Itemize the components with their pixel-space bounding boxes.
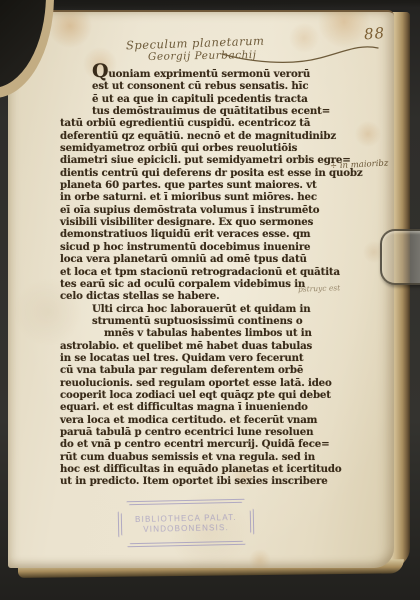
manuscript-text-line: rūt cum duabus semissis et vna regula. s…	[60, 451, 364, 463]
manuscript-text-line: tus demōstrauimus de quātitatibus ecent=	[60, 105, 364, 117]
manuscript-text-line: Quoniam exprimentū sermonū verorū	[60, 66, 364, 80]
manuscript-text-line: ut in predicto. Item oportet ibi sexies …	[60, 475, 364, 487]
manuscript-text-block: Quoniam exprimentū sermonū verorūest ut …	[60, 66, 364, 488]
manuscript-text-line: dientis centrū qui deferens dr posita es…	[60, 167, 364, 179]
stamp-inner-frame: BIBLIOTHECA PALAT. VINDOBONENSIS.	[121, 502, 252, 545]
manuscript-text-line: astrolabio. et quelibet mē habet duas ta…	[60, 340, 364, 352]
manuscript-text-line: semidyametroz orbiū qui orbes reuolutiōi…	[60, 142, 364, 154]
marginal-note-faint: pstruyc est	[298, 283, 340, 293]
manuscript-text-line: equari. et est difficultas magna ī inuen…	[60, 401, 364, 413]
manuscript-text-line: planeta 60 partes. que partes sunt maior…	[60, 179, 364, 191]
manuscript-text-line: in se locatas uel tres. Quidam vero fece…	[60, 352, 364, 364]
marginal-note-maioribus: ÷ in maioribz	[330, 158, 389, 171]
manuscript-text-line: loca vera planetarū omniū ad omē tpus da…	[60, 253, 364, 265]
manuscript-text-line: deferentiū qz equātiū. necnō et de magni…	[60, 130, 364, 142]
manuscript-text-line: est ut consonent cū rebus sensatis. hīc	[60, 80, 364, 92]
library-stamp: BIBLIOTHECA PALAT. VINDOBONENSIS.	[118, 499, 255, 548]
manuscript-photo: 88 Speculum planetarum Georgij Peurbachi…	[0, 0, 420, 600]
ink-flourish-icon	[220, 32, 382, 66]
manuscript-text-line: tatū orbiū egredientiū cuspidū. ecentric…	[60, 117, 364, 129]
manuscript-text-line: reuolucionis. sed regulam oportet esse l…	[60, 377, 364, 389]
manuscript-text-line: sicud p hoc instrumentū docebimus inueni…	[60, 241, 364, 253]
manuscript-text-line: et loca et tpm stacionū retrogradacionū …	[60, 266, 364, 278]
manuscript-text-line: strumentū suptuosissimū continens o	[60, 315, 364, 327]
manuscript-text-line: eī oīa supius demōstrata volumus ī instr…	[60, 204, 364, 216]
manuscript-text-line: demonstratiuos liquidū erit veraces esse…	[60, 228, 364, 240]
manuscript-text-line: visibili visibiliter designare. Ex quo s…	[60, 216, 364, 228]
manuscript-text-line: ē ut ea que in capituli pcedentis tracta	[60, 93, 364, 105]
manuscript-page: 88 Speculum planetarum Georgij Peurbachi…	[8, 10, 394, 568]
manuscript-text-line: Ulti circa hoc laborauerūt et quidam in	[60, 303, 364, 315]
manuscript-text-line: diametri siue epicicli. put semidyametri…	[60, 154, 364, 166]
manuscript-text-line: cooperit loca zodiaci uel eqt quāqz pte …	[60, 389, 364, 401]
stamp-line-2: VINDOBONENSIS.	[143, 523, 229, 534]
manuscript-text-line: vera loca et modica certitudo. et fecerū…	[60, 414, 364, 426]
manuscript-text-line: do et vnā p centro ecentri mercurij. Qui…	[60, 438, 364, 450]
manuscript-text-line: paruā tabulā p centro ecentrici lune res…	[60, 426, 364, 438]
manuscript-text-line: hoc est difficultas in equādo planetas e…	[60, 463, 364, 475]
manuscript-text-line: cū vna tabula par regulam deferentem orb…	[60, 364, 364, 376]
manuscript-text-line: mnēs v tabulas habentes limbos ut in	[60, 327, 364, 339]
page-holder-clip	[380, 229, 420, 285]
manuscript-text-line: in orbe saturni. et ī mioribus sunt miōr…	[60, 191, 364, 203]
